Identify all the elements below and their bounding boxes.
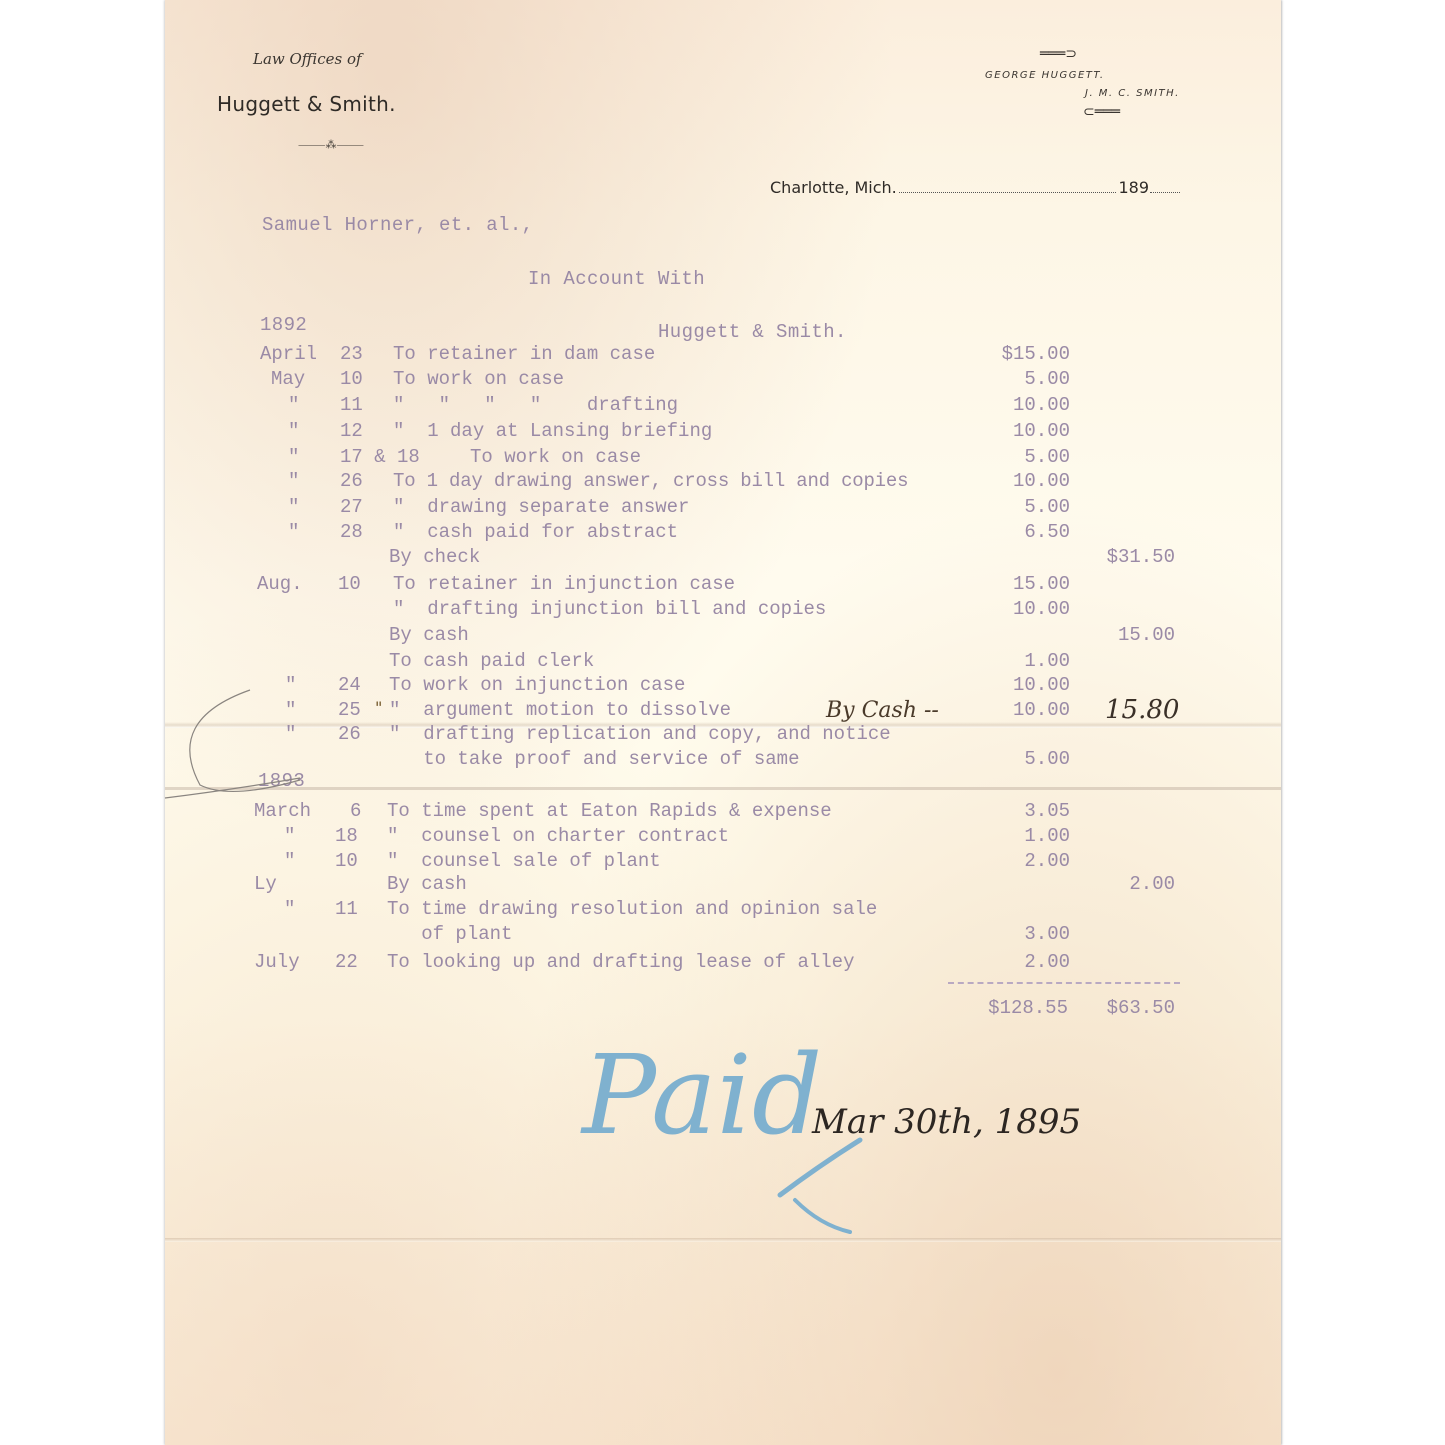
handwritten-amount: 15.80: [1105, 695, 1179, 725]
row-debit: 5.00: [960, 496, 1070, 518]
place-name: Charlotte, Mich.: [770, 178, 897, 197]
row-description: To work on case: [470, 446, 641, 468]
row-description: of plant: [387, 923, 512, 945]
row-day: 10: [338, 573, 361, 595]
row-debit: 10.00: [960, 394, 1070, 416]
row-day: 10: [335, 850, 358, 872]
row-debit: 2.00: [960, 850, 1070, 872]
year-label: 1892: [260, 314, 307, 336]
row-day: 22: [335, 951, 358, 973]
row-description: To cash paid clerk: [389, 650, 594, 672]
row-credit: 2.00: [1065, 873, 1175, 895]
row-debit: 10.00: [960, 420, 1070, 442]
paid-stamp-handwritten: Paid: [582, 1040, 822, 1150]
row-day: 26: [340, 470, 363, 492]
row-debit: 10.00: [1000, 470, 1070, 492]
row-credit: 15.00: [1065, 624, 1175, 646]
row-description: " counsel on charter contract: [387, 825, 729, 847]
scroll-ornament-icon: ⊂═══: [1083, 104, 1120, 120]
row-day: 12: [340, 420, 363, 442]
row-description: To 1 day drawing answer, cross bill and …: [393, 470, 908, 492]
account-heading: In Account With: [528, 268, 705, 290]
row-day: 28: [340, 521, 363, 543]
row-description: " drafting replication and copy, and not…: [389, 723, 891, 745]
row-month: ": [288, 446, 299, 468]
row-description: By cash: [387, 873, 467, 895]
row-month: ": [288, 394, 299, 416]
partner-name: J. M. C. SMITH.: [1085, 88, 1180, 99]
row-description: " counsel sale of plant: [387, 850, 661, 872]
paper-fold: [165, 787, 1281, 790]
row-day: 25: [338, 699, 361, 721]
row-debit: 10.00: [960, 699, 1070, 721]
row-debit: 3.05: [960, 800, 1070, 822]
year-label: 1893: [258, 770, 305, 792]
year-blank: [1150, 192, 1180, 193]
scroll-ornament-icon: ═══⊃: [1040, 46, 1077, 62]
row-day: 23: [340, 343, 363, 365]
row-description: " drafting injunction bill and copies: [393, 598, 826, 620]
row-description: " argument motion to dissolve: [389, 699, 731, 721]
row-day: 6: [350, 800, 361, 822]
handwritten-ditto: ": [375, 698, 382, 717]
row-debit: 6.50: [960, 521, 1070, 543]
row-day: 17 & 18: [340, 446, 420, 468]
place-date-line: Charlotte, Mich. 189: [770, 178, 1180, 197]
row-debit: 10.00: [960, 674, 1070, 696]
row-description: " 1 day at Lansing briefing: [393, 420, 712, 442]
flourish-ornament-icon: ⸻⁂⸻: [298, 136, 364, 152]
row-description: " " " " drafting: [393, 394, 678, 416]
creditor-name: Huggett & Smith.: [658, 321, 847, 343]
row-description: To time drawing resolution and opinion s…: [387, 898, 877, 920]
total-credit: $63.50: [1065, 997, 1175, 1019]
row-month: ": [288, 496, 299, 518]
row-day: 27: [340, 496, 363, 518]
row-month: Aug.: [257, 573, 303, 595]
row-description: To looking up and drafting lease of alle…: [387, 951, 854, 973]
row-description: " drawing separate answer: [393, 496, 689, 518]
row-description: To work on case: [393, 368, 564, 390]
row-debit: 5.00: [960, 446, 1070, 468]
row-day: 26: [338, 723, 361, 745]
row-month: July: [254, 951, 300, 973]
row-description: By check: [389, 546, 480, 568]
row-month: ": [284, 898, 295, 920]
handwritten-by-cash: By Cash --: [826, 698, 939, 723]
row-month: March: [254, 800, 311, 822]
row-day: 11: [335, 898, 358, 920]
total-debit: $128.55: [958, 997, 1068, 1019]
row-description: to take proof and service of same: [389, 748, 799, 770]
row-description: By cash: [389, 624, 469, 646]
client-name: Samuel Horner, et. al.,: [262, 214, 533, 236]
row-debit: 1.00: [960, 825, 1070, 847]
row-month: ": [285, 723, 296, 745]
row-month: ": [284, 850, 295, 872]
row-month: ": [285, 699, 296, 721]
row-description: To retainer in dam case: [393, 343, 655, 365]
row-day: 10: [340, 368, 363, 390]
row-day: 11: [340, 394, 363, 416]
row-description: " cash paid for abstract: [393, 521, 678, 543]
row-description: To retainer in injunction case: [393, 573, 735, 595]
row-month: April: [260, 343, 317, 365]
firm-name: Huggett & Smith.: [217, 92, 396, 116]
row-description: To time spent at Eaton Rapids & expense: [387, 800, 832, 822]
row-month: Ly: [254, 873, 277, 895]
row-debit: 5.00: [960, 748, 1070, 770]
row-month: ": [284, 825, 295, 847]
letterhead-script-line: Law Offices of: [253, 50, 362, 68]
paid-date-handwritten: Mar 30th, 1895: [812, 1102, 1081, 1142]
total-rule: [948, 982, 1180, 984]
row-description: To work on injunction case: [389, 674, 685, 696]
paper-fold: [165, 1238, 1281, 1242]
row-debit: 5.00: [960, 368, 1070, 390]
row-debit: 3.00: [960, 923, 1070, 945]
row-credit: $31.50: [1065, 546, 1175, 568]
row-debit: 15.00: [960, 573, 1070, 595]
row-debit: 10.00: [960, 598, 1070, 620]
row-month: ": [288, 420, 299, 442]
year-prefix: 189: [1118, 178, 1149, 197]
row-debit: $15.00: [960, 343, 1070, 365]
partner-name: GEORGE HUGGETT.: [985, 70, 1105, 81]
row-day: 24: [338, 674, 361, 696]
date-blank: [899, 192, 1117, 193]
row-month: May: [271, 368, 305, 390]
row-day: 18: [335, 825, 358, 847]
row-month: ": [285, 674, 296, 696]
row-debit: 1.00: [960, 650, 1070, 672]
row-month: ": [288, 521, 299, 543]
row-debit: 2.00: [960, 951, 1070, 973]
row-month: ": [288, 470, 299, 492]
